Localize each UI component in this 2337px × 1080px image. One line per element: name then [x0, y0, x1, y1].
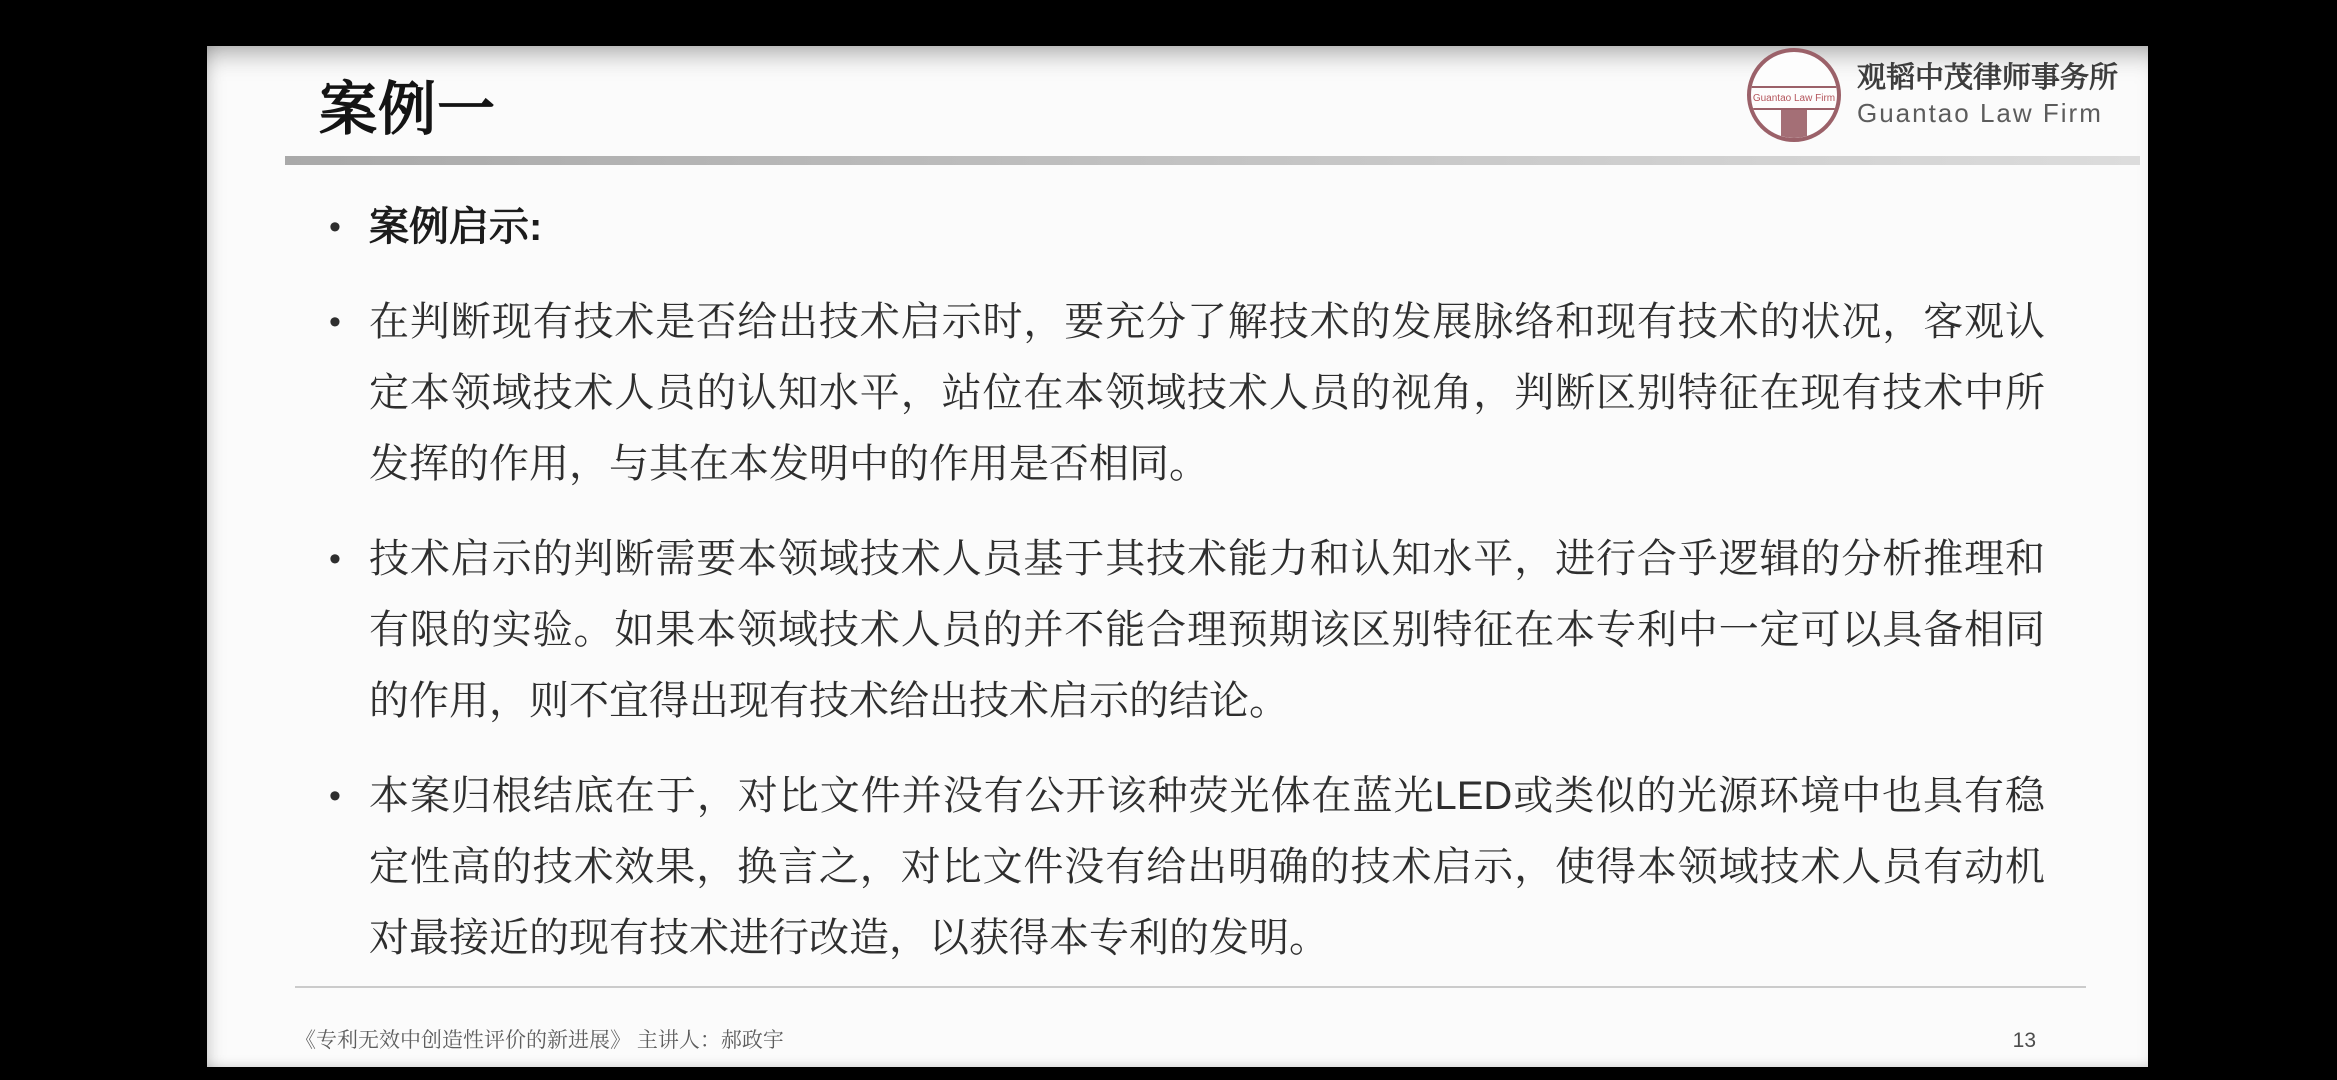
bullet-icon: •	[329, 287, 369, 500]
paragraph-text: 本案归根结底在于，对比文件并没有公开该种荧光体在蓝光LED或类似的光源环境中也具…	[369, 761, 2045, 974]
footer-caption: 《专利无效中创造性评价的新进展》 主讲人：郝政宇	[295, 1024, 784, 1054]
logo-wordmark: 观韬中茂律师事务所 Guantao Law Firm	[1857, 60, 2118, 130]
logo-name-cn: 观韬中茂律师事务所	[1857, 60, 2118, 97]
page-title: 案例一	[319, 62, 496, 146]
slide: 案例一 Guantao Law Firm 观韬中茂律师事务所 Guantao L…	[207, 46, 2148, 1067]
bullet-heading: • 案例启示:	[329, 192, 2045, 263]
video-frame: { "slide": { "title": "案例一", "logo": { "…	[0, 0, 2337, 1080]
paragraph-text: 技术启示的判断需要本领域技术人员基于其技术能力和认知水平，进行合乎逻辑的分析推理…	[369, 524, 2045, 737]
paragraph-text: 在判断现有技术是否给出技术启示时，要充分了解技术的发展脉络和现有技术的状况，客观…	[369, 287, 2045, 500]
bullet-paragraph: • 在判断现有技术是否给出技术启示时，要充分了解技术的发展脉络和现有技术的状况，…	[329, 287, 2045, 500]
logo-stem-shape	[1781, 110, 1807, 140]
footer: 《专利无效中创造性评价的新进展》 主讲人：郝政宇 13	[295, 1024, 2036, 1054]
bullet-paragraph: • 本案归根结底在于，对比文件并没有公开该种荧光体在蓝光LED或类似的光源环境中…	[329, 761, 2045, 974]
logo-name-en: Guantao Law Firm	[1857, 97, 2118, 130]
heading-text: 案例启示:	[369, 192, 2045, 263]
logo-band-text: Guantao Law Firm	[1747, 86, 1841, 110]
title-divider	[285, 156, 2140, 165]
bullet-icon: •	[329, 761, 369, 974]
guantao-logo-icon: Guantao Law Firm	[1747, 48, 1841, 142]
footer-divider	[295, 986, 2086, 988]
bullet-icon: •	[329, 524, 369, 737]
law-firm-logo: Guantao Law Firm 观韬中茂律师事务所 Guantao Law F…	[1747, 48, 2118, 142]
slide-body: • 案例启示: • 在判断现有技术是否给出技术启示时，要充分了解技术的发展脉络和…	[329, 192, 2045, 974]
bullet-icon: •	[329, 192, 369, 263]
bullet-paragraph: • 技术启示的判断需要本领域技术人员基于其技术能力和认知水平，进行合乎逻辑的分析…	[329, 524, 2045, 737]
page-number: 13	[2013, 1029, 2036, 1053]
